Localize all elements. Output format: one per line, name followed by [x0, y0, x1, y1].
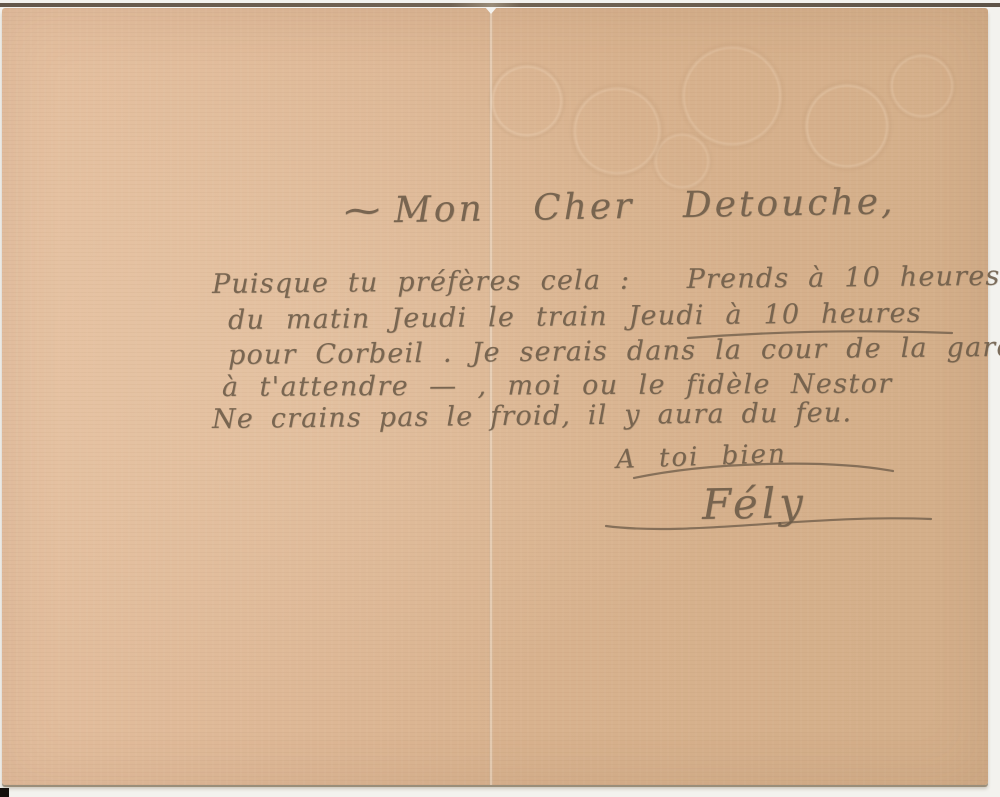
salutation-text: Mon Cher Detouche,	[394, 181, 896, 231]
embossed-watermark	[432, 26, 972, 196]
salutation-line: ⁓Mon Cher Detouche,	[344, 181, 896, 232]
scanner-top-edge	[0, 3, 1000, 7]
closing-line: A toi bien	[615, 439, 787, 475]
opening-flourish: ⁓	[344, 190, 381, 232]
body-line-5: Ne crains pas le froid, il y aura du feu…	[212, 397, 852, 435]
fold-top-notch	[485, 7, 497, 14]
letter-paper: ⁓Mon Cher Detouche, Puisque tu préfères …	[2, 8, 988, 785]
body-line-2: du matin Jeudi le train Jeudi à 10 heure…	[228, 298, 922, 336]
scanned-letter: ⁓Mon Cher Detouche, Puisque tu préfères …	[0, 0, 1000, 797]
body-line-1: Puisque tu préfères cela : Prends à 10 h…	[212, 261, 1000, 300]
body-line-3: pour Corbeil . Je serais dans la cour de…	[228, 332, 1000, 371]
underlined-phrase: Jeudi à 10 heures	[628, 298, 922, 332]
scan-corner-mark	[0, 788, 9, 797]
signature: Fély	[702, 478, 808, 529]
body-line-2-text: du matin Jeudi le train	[228, 301, 629, 336]
